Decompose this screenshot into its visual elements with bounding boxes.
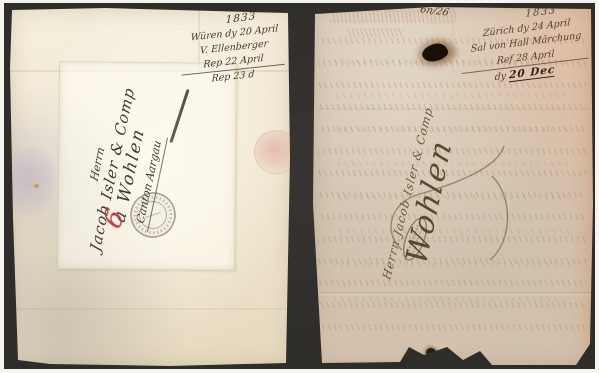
right-letter-sheet: 6n/26 1833 Zürich dy 24 April Sal von Ha… [312, 4, 594, 368]
photo-of-two-1833-letters: 1833 Würen dy 20 April V. Ellenberger Re… [0, 0, 599, 373]
fold-crease [452, 4, 454, 74]
left-letter-cover: 1833 Würen dy 20 April V. Ellenberger Re… [10, 8, 292, 368]
ink-speck [34, 184, 39, 188]
bleedthrough-header [346, 28, 404, 37]
docket-line4-prefix: dy [495, 70, 510, 83]
ink-blot [421, 41, 450, 63]
docket-annotation: 1833 Zürich dy 24 April Sal von Hall Mär… [461, 0, 591, 90]
